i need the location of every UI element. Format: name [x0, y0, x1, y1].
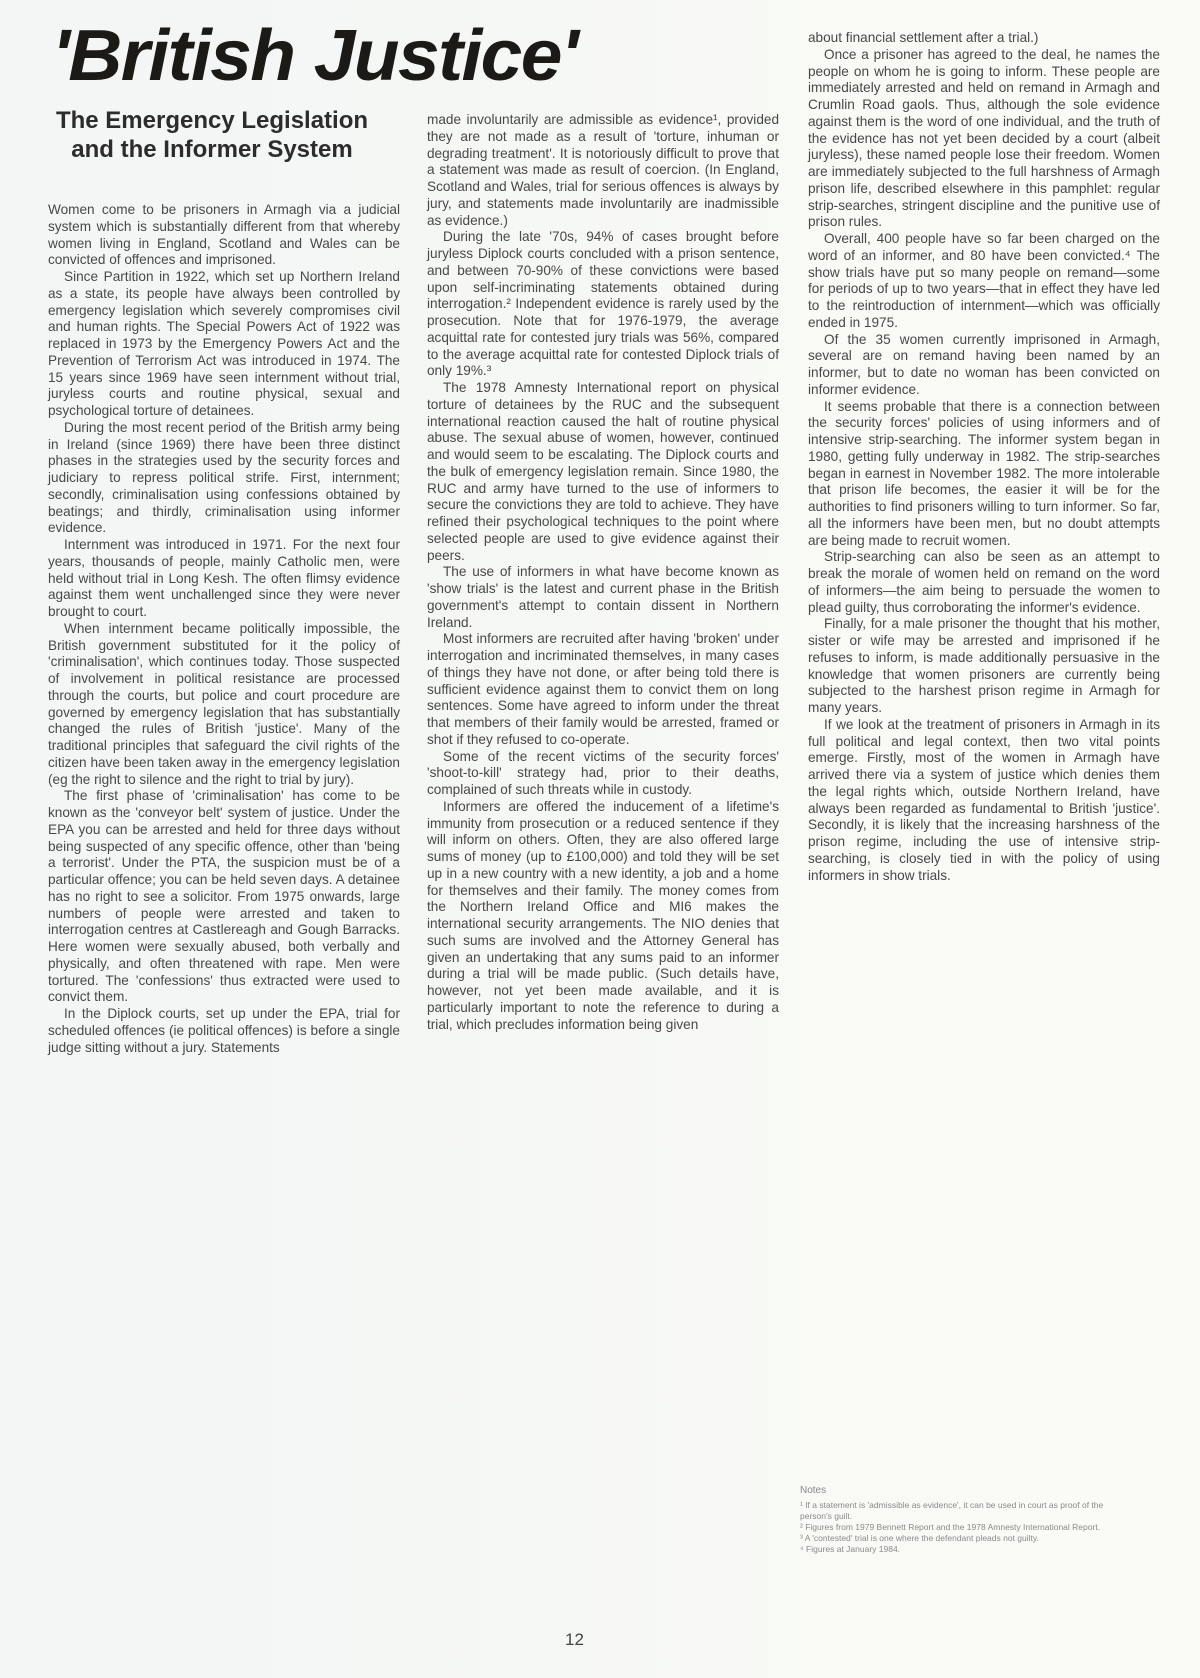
- paragraph: Once a prisoner has agreed to the deal, …: [808, 47, 1160, 231]
- paragraph: The 1978 Amnesty International report on…: [427, 380, 779, 564]
- page-number: 12: [565, 1630, 584, 1650]
- footnote: ⁴ Figures at January 1984.: [800, 1544, 1105, 1555]
- paragraph: Strip-searching can also be seen as an a…: [808, 549, 1160, 616]
- footnote: ³ A 'contested' trial is one where the d…: [800, 1533, 1105, 1544]
- paragraph: The first phase of 'criminalisation' has…: [48, 788, 400, 1006]
- footnote: ² Figures from 1979 Bennett Report and t…: [800, 1522, 1105, 1533]
- paragraph: about financial settlement after a trial…: [808, 30, 1160, 47]
- paragraph: Finally, for a male prisoner the thought…: [808, 616, 1160, 717]
- paragraph: Women come to be prisoners in Armagh via…: [48, 202, 400, 269]
- paragraph: Overall, 400 people have so far been cha…: [808, 231, 1160, 332]
- paragraph: made involuntarily are admissible as evi…: [427, 112, 779, 229]
- footnotes: Notes ¹ If a statement is 'admissible as…: [800, 1485, 1105, 1555]
- paragraph: In the Diplock courts, set up under the …: [48, 1006, 400, 1056]
- text-column-2: made involuntarily are admissible as evi…: [427, 112, 779, 1033]
- paragraph: Most informers are recruited after havin…: [427, 631, 779, 748]
- paragraph: When internment became politically impos…: [48, 621, 400, 789]
- text-column-3: about financial settlement after a trial…: [808, 30, 1160, 884]
- text-column-1: Women come to be prisoners in Armagh via…: [48, 202, 400, 1056]
- paragraph: Internment was introduced in 1971. For t…: [48, 537, 400, 621]
- paragraph: Some of the recent victims of the securi…: [427, 749, 779, 799]
- article-title: 'British Justice': [52, 20, 577, 92]
- paragraph: Of the 35 women currently imprisoned in …: [808, 332, 1160, 399]
- paragraph: During the most recent period of the Bri…: [48, 420, 400, 537]
- paragraph: During the late '70s, 94% of cases broug…: [427, 229, 779, 380]
- footnotes-title: Notes: [800, 1485, 1105, 1496]
- pamphlet-page: 'British Justice' The Emergency Legislat…: [0, 0, 1200, 1678]
- article-subtitle: The Emergency Legislation and the Inform…: [42, 106, 382, 164]
- paragraph: Since Partition in 1922, which set up No…: [48, 269, 400, 420]
- paragraph: Informers are offered the inducement of …: [427, 799, 779, 1034]
- footnote: ¹ If a statement is 'admissible as evide…: [800, 1500, 1105, 1522]
- paragraph: It seems probable that there is a connec…: [808, 399, 1160, 550]
- paragraph: The use of informers in what have become…: [427, 564, 779, 631]
- paragraph: If we look at the treatment of prisoners…: [808, 717, 1160, 885]
